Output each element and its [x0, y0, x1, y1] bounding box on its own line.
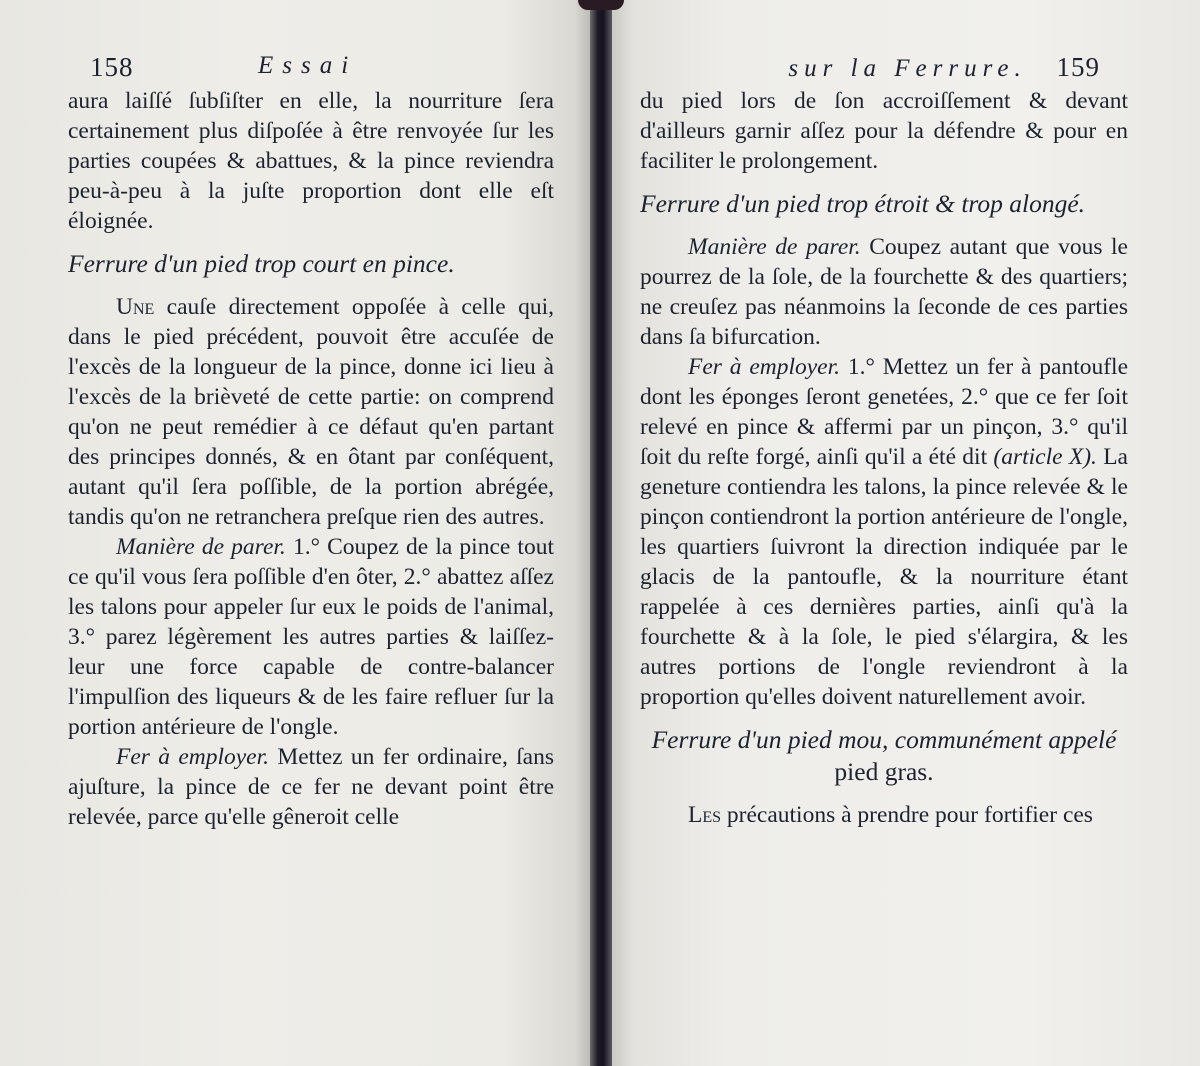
paragraph-label: Manière de parer.	[688, 234, 861, 260]
section-heading: Ferrure d'un pied trop court en pince.	[68, 248, 554, 280]
running-head-title: Essai	[258, 52, 357, 80]
book-gutter	[590, 0, 612, 1066]
section-heading: Ferrure d'un pied mou, communément appel…	[640, 724, 1128, 788]
right-page: sur la Ferrure. 159 du pied lors de ſon …	[610, 0, 1200, 1066]
running-head-right: sur la Ferrure. 159	[720, 52, 1100, 83]
paragraph: Une cauſe directement oppoſée à celle qu…	[68, 292, 554, 532]
page-number: 158	[90, 52, 134, 82]
paragraph: Manière de parer. 1.° Coupez de la pince…	[68, 532, 554, 742]
running-head-left: 158 Essai	[90, 52, 560, 83]
paragraph: du pied lors de ſon accroiſſement & deva…	[640, 86, 1128, 176]
section-heading: Ferrure d'un pied trop étroit & trop alo…	[640, 188, 1128, 220]
cross-reference: (article X).	[993, 444, 1097, 470]
left-page: 158 Essai aura laiſſé ſubſiſter en elle,…	[0, 0, 592, 1066]
left-page-body: aura laiſſé ſubſiſter en elle, la nourri…	[68, 86, 554, 832]
paragraph: Manière de parer. Coupez autant que vous…	[640, 232, 1128, 352]
paragraph: Fer à employer. Mettez un fer ordinaire,…	[68, 742, 554, 832]
book-spine-top	[578, 0, 624, 10]
paragraph-label: Manière de parer.	[116, 534, 286, 560]
running-head-title: sur la Ferrure.	[788, 55, 1026, 82]
lead-word: Une	[116, 294, 154, 320]
paragraph: Les précautions à prendre pour fortifier…	[640, 800, 1128, 830]
paragraph-label: Fer à employer.	[116, 744, 269, 770]
right-page-body: du pied lors de ſon accroiſſement & deva…	[640, 86, 1128, 830]
lead-word: Les	[688, 802, 721, 828]
paragraph: aura laiſſé ſubſiſter en elle, la nourri…	[68, 86, 554, 236]
paragraph: Fer à employer. 1.° Mettez un fer à pant…	[640, 352, 1128, 712]
paragraph-label: Fer à employer.	[688, 354, 840, 380]
page-number: 159	[1057, 52, 1101, 82]
